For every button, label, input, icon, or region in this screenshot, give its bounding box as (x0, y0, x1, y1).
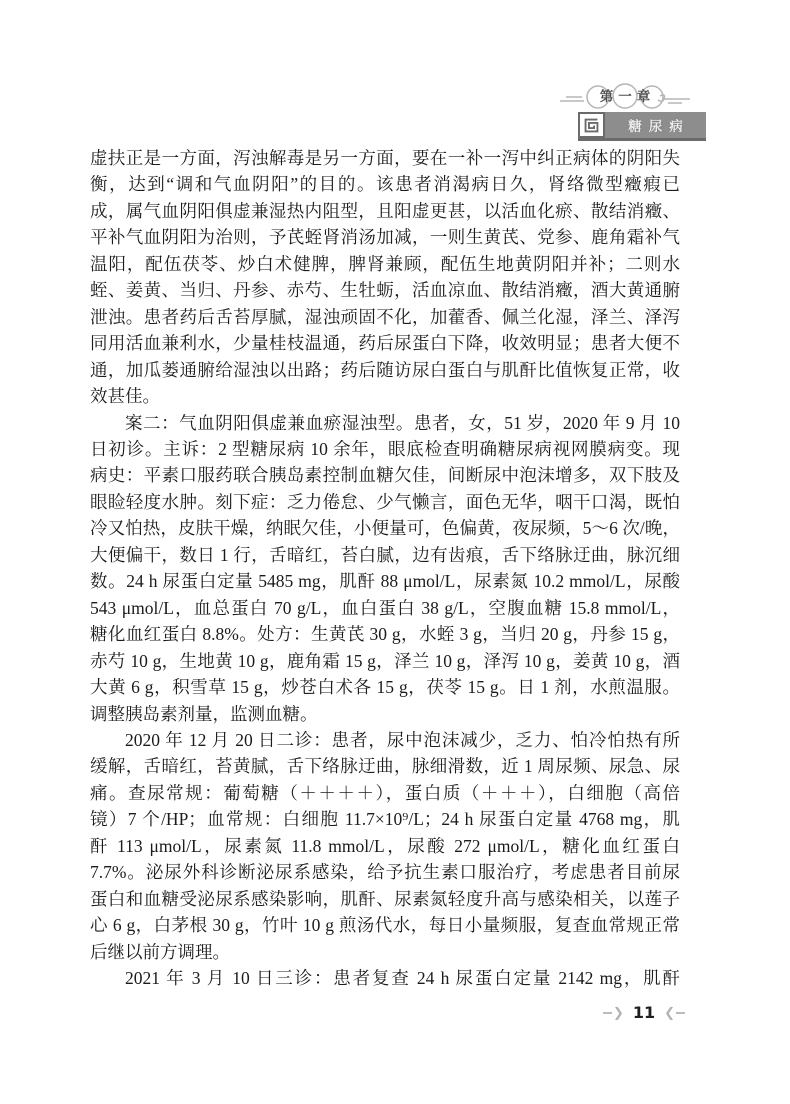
left-ornament-dash (603, 1012, 612, 1014)
text-block: 虚扶正是一方面，泻浊解毒是另一方面，要在一补一泻中纠正病体的阴阳失衡，达到“调和… (90, 145, 680, 992)
text-line: 酐 113 μmol/L，尿素氮 11.8 mmol/L，尿酸 272 μmol… (90, 833, 680, 859)
text-line: 冷又怕热，皮肤干燥，纳眠欠佳，小便量可，色偏黄，夜尿频，5～6 次/晚， (90, 515, 680, 541)
chapter-title: 第一章 (556, 88, 694, 106)
text-line: 泄浊。患者药后舌苔厚腻，湿浊顽固不化，加藿香、佩兰化湿，泽兰、泽泻 (90, 304, 680, 330)
text-line: 镜）7 个/HP；血常规：白细胞 11.7×10⁹/L；24 h 尿蛋白定量 4… (90, 806, 680, 832)
page-number: 11 (633, 1005, 655, 1021)
text-line: 效甚佳。 (90, 383, 680, 409)
text-line: 日初诊。主诉：2 型糖尿病 10 余年，眼底检查明确糖尿病视网膜病变。现 (90, 436, 680, 462)
text-line: 同用活血兼利水，少量桂枝温通，药后尿蛋白下降，收效明显；患者大便不 (90, 330, 680, 356)
text-line: 成，属气血阴阳俱虚兼湿热内阻型，且阳虚更甚，以活血化瘀、散结消癥、 (90, 198, 680, 224)
book-page: 第一章 糖尿病 虚扶正是一方面，泻浊解毒是另一方面，要在一补一泻中纠正病体的阴阳… (0, 0, 790, 1104)
text-line: 虚扶正是一方面，泻浊解毒是另一方面，要在一补一泻中纠正病体的阴阳失 (90, 145, 680, 171)
section-title: 糖尿病 (605, 112, 706, 138)
meander-icon (578, 112, 605, 138)
text-line: 调整胰岛素剂量，监测血糖。 (90, 701, 680, 727)
text-line: 2020 年 12 月 20 日二诊：患者，尿中泡沫减少，乏力、怕冷怕热有所 (90, 727, 680, 753)
text-line: 衡，达到“调和气血阴阳”的目的。该患者消渴病日久，肾络微型癥瘕已 (90, 171, 680, 197)
page-footer: ❯ 11 ❮ (596, 1002, 692, 1024)
text-line: 通，加瓜蒌通腑给湿浊以出路；药后随访尿白蛋白与肌酐比值恢复正常，收 (90, 357, 680, 383)
text-line: 赤芍 10 g，生地黄 10 g，鹿角霜 15 g，泽兰 10 g，泽泻 10 … (90, 648, 680, 674)
text-line: 平补气血阴阳为治则，予芪蛭肾消汤加减，一则生黄芪、党参、鹿角霜补气 (90, 224, 680, 250)
right-ornament-icon: ❮ (664, 1007, 675, 1020)
text-line: 心 6 g，白茅根 30 g，竹叶 10 g 煎汤代水，每日小量频服，复查血常规… (90, 912, 680, 938)
chapter-band: 第一章 (556, 83, 694, 111)
text-line: 蛋白和血糖受泌尿系感染影响，肌酐、尿素氮轻度升高与感染相关，以莲子 (90, 886, 680, 912)
text-line: 后继以前方调理。 (90, 939, 680, 965)
right-ornament-dash (676, 1012, 685, 1014)
text-line: 543 μmol/L，血总蛋白 70 g/L，血白蛋白 38 g/L，空腹血糖 … (90, 595, 680, 621)
text-line: 痛。查尿常规：葡萄糖（＋＋＋＋），蛋白质（＋＋＋），白细胞（高倍 (90, 780, 680, 806)
text-line: 大黄 6 g，积雪草 15 g，炒苍白术各 15 g，茯苓 15 g。日 1 剂… (90, 674, 680, 700)
left-ornament-icon: ❯ (613, 1007, 624, 1020)
text-line: 案二：气血阴阳俱虚兼血瘀湿浊型。患者，女，51 岁，2020 年 9 月 10 (90, 410, 680, 436)
text-line: 温阳，配伍茯苓、炒白术健脾，脾肾兼顾，配伍生地黄阴阳并补；二则水 (90, 251, 680, 277)
text-line: 蛭、姜黄、当归、丹参、赤芍、生牡蛎，活血凉血、散结消癥，酒大黄通腑 (90, 277, 680, 303)
text-line: 2021 年 3 月 10 日三诊：患者复查 24 h 尿蛋白定量 2142 m… (90, 965, 680, 991)
section-badge: 糖尿病 (578, 112, 706, 141)
text-line: 大便偏干，数日 1 行，舌暗红，苔白腻，边有齿痕，舌下络脉迂曲，脉沉细 (90, 542, 680, 568)
text-line: 数。24 h 尿蛋白定量 5485 mg，肌酐 88 μmol/L，尿素氮 10… (90, 568, 680, 594)
text-line: 糖化血红蛋白 8.8%。处方：生黄芪 30 g，水蛭 3 g，当归 20 g，丹… (90, 621, 680, 647)
text-line: 病史：平素口服药联合胰岛素控制血糖欠佳，间断尿中泡沫增多，双下肢及 (90, 462, 680, 488)
text-line: 眼睑轻度水肿。刻下症：乏力倦怠、少气懒言，面色无华，咽干口渴，既怕 (90, 489, 680, 515)
text-line: 7.7%。泌尿外科诊断泌尿系感染，给予抗生素口服治疗，考虑患者目前尿 (90, 859, 680, 885)
text-line: 缓解，舌暗红，苔黄腻，舌下络脉迂曲，脉细滑数，近 1 周尿频、尿急、尿 (90, 753, 680, 779)
